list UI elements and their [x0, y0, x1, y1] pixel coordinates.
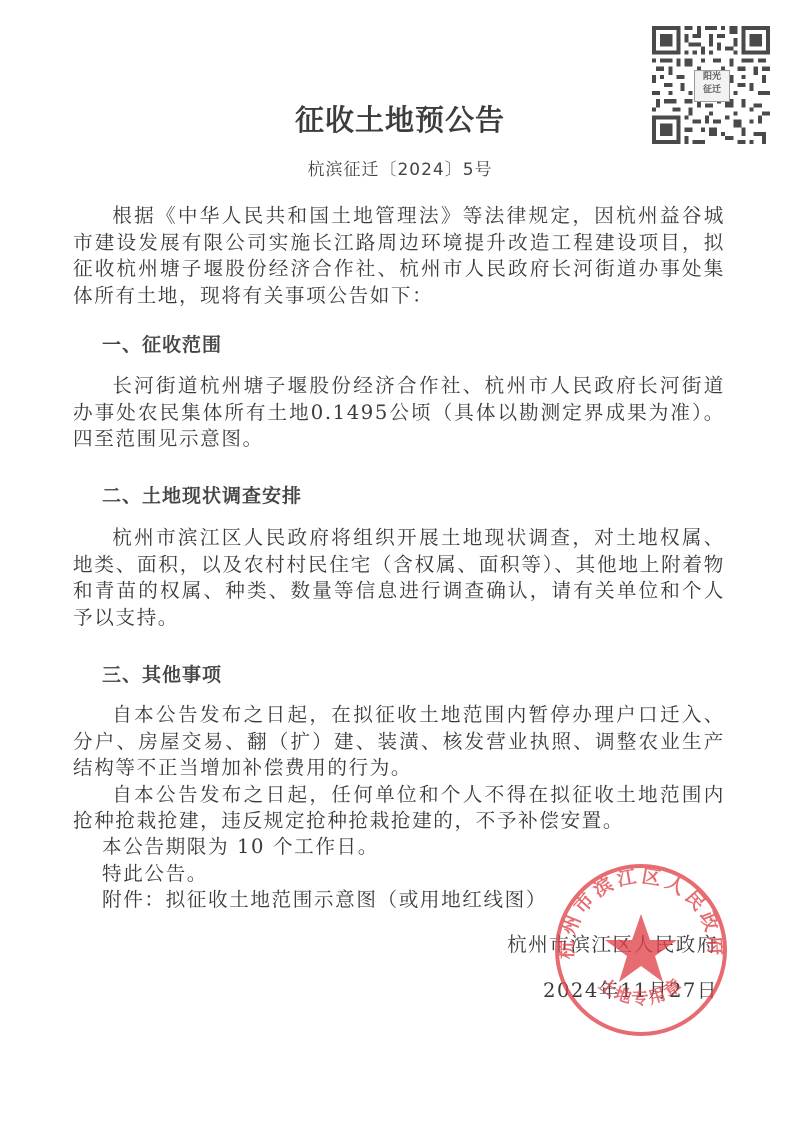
- intro-paragraph-block: 根据《中华人民共和国土地管理法》等法律规定，因杭州益谷城市建设发展有限公司实施长…: [73, 203, 725, 309]
- issue-date: 2024年11月27日: [543, 974, 718, 1003]
- section-heading-survey: 二、土地现状调查安排: [102, 481, 302, 508]
- qr-label-line1: 阳光: [695, 71, 729, 84]
- section-other-paragraph-1: 自本公告发布之日起，在拟征收土地范围内暂停办理户口迁入、分户、房屋交易、翻（扩）…: [73, 702, 725, 782]
- section-heading-scope: 一、征收范围: [102, 330, 222, 357]
- section-heading-other: 三、其他事项: [102, 660, 222, 687]
- attachment-line: 附件：拟征收土地范围示意图（或用地红线图）: [102, 887, 547, 914]
- section-scope-paragraph: 长河街道杭州塘子堰股份经济合作社、杭州市人民政府长河街道办事处农民集体所有土地0…: [73, 373, 725, 453]
- section-other-paragraph-2: 自本公告发布之日起，任何单位和个人不得在拟征收土地范围内抢种抢栽抢建，违反规定抢…: [73, 782, 725, 835]
- intro-paragraph: 根据《中华人民共和国土地管理法》等法律规定，因杭州益谷城市建设发展有限公司实施长…: [73, 203, 725, 309]
- document-page: 阳光 征迁 征收土地预公告 杭滨征迁〔2024〕5号 根据《中华人民共和国土地管…: [0, 0, 800, 1132]
- section-survey-body: 杭州市滨江区人民政府将组织开展土地现状调查，对土地权属、地类、面积，以及农村村民…: [73, 525, 725, 631]
- issuer-name: 杭州市滨江区人民政府: [507, 928, 718, 957]
- notice-closing: 特此公告。: [102, 861, 208, 888]
- page-title: 征收土地预公告: [0, 98, 800, 139]
- qr-label-line2: 征迁: [695, 84, 729, 97]
- section-scope-body: 长河街道杭州塘子堰股份经济合作社、杭州市人民政府长河街道办事处农民集体所有土地0…: [73, 373, 725, 453]
- document-number: 杭滨征迁〔2024〕5号: [0, 155, 800, 180]
- notice-period: 本公告期限为 10 个工作日。: [102, 834, 379, 861]
- section-other-body: 自本公告发布之日起，在拟征收土地范围内暂停办理户口迁入、分户、房屋交易、翻（扩）…: [73, 702, 725, 835]
- section-survey-paragraph: 杭州市滨江区人民政府将组织开展土地现状调查，对土地权属、地类、面积，以及农村村民…: [73, 525, 725, 631]
